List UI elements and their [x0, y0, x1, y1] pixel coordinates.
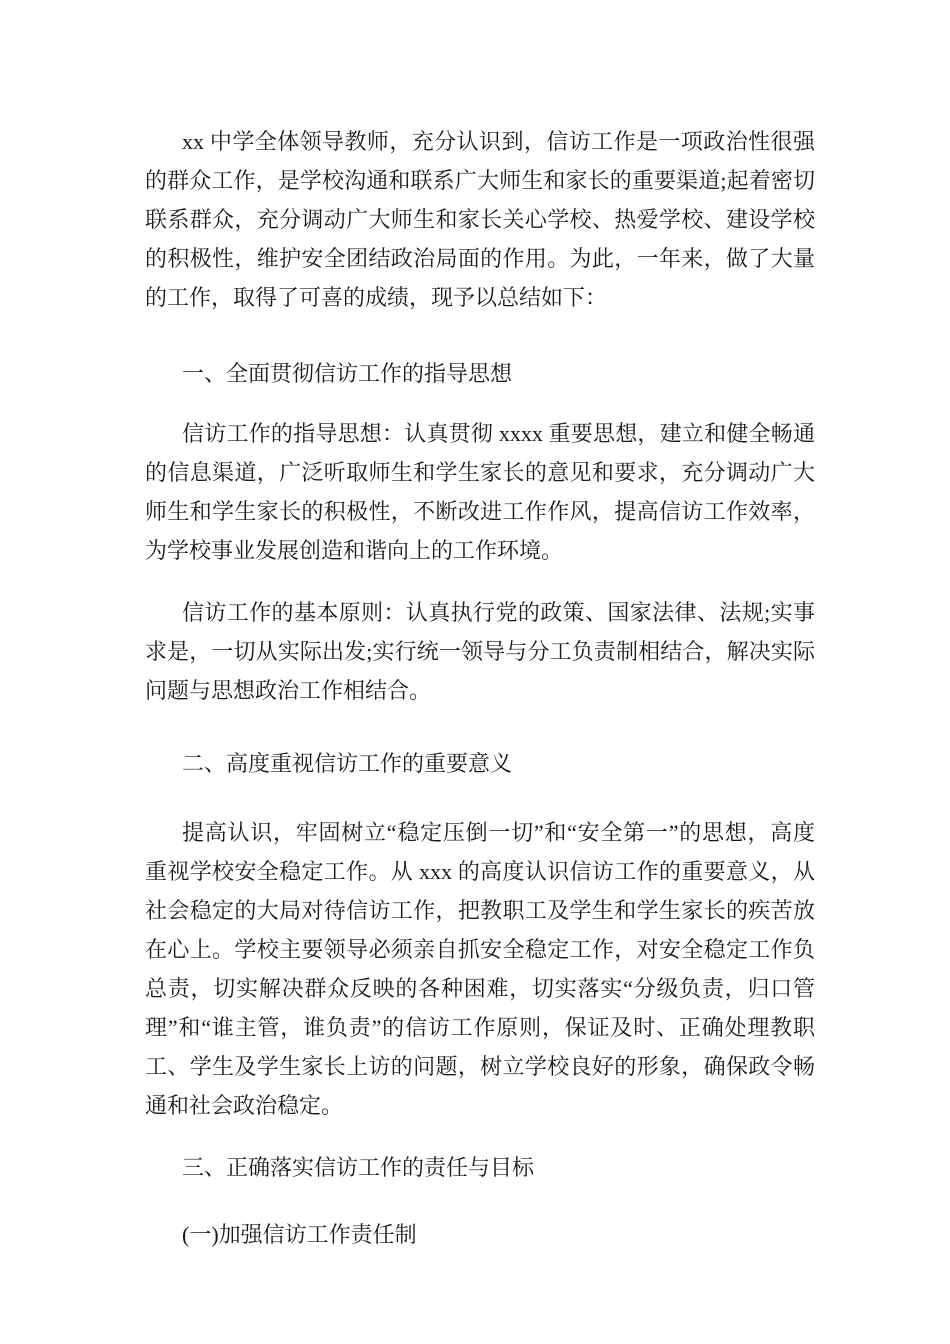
section-heading-3: 三、正确落实信访工作的责任与目标 [145, 1148, 815, 1187]
document-page: xx 中学全体领导教师，充分认识到，信访工作是一项政治性很强的群众工作，是学校沟… [0, 0, 950, 1344]
section-heading-1: 一、全面贯彻信访工作的指导思想 [145, 354, 815, 393]
paragraph-guiding-ideology: 信访工作的指导思想：认真贯彻 xxxx 重要思想，建立和健全畅通的信息渠道，广泛… [145, 414, 815, 570]
paragraph-basic-principles: 信访工作的基本原则：认真执行党的政策、国家法律、法规;实事求是，一切从实际出发;… [145, 593, 815, 710]
paragraph-raise-awareness: 提高认识，牢固树立“稳定压倒一切”和“安全第一”的思想，高度重视学校安全稳定工作… [145, 813, 815, 1125]
paragraph-intro: xx 中学全体领导教师，充分认识到，信访工作是一项政治性很强的群众工作，是学校沟… [145, 122, 815, 317]
document-body: xx 中学全体领导教师，充分认识到，信访工作是一项政治性很强的群众工作，是学校沟… [145, 122, 815, 1254]
subsection-heading-1: (一)加强信访工作责任制 [145, 1215, 815, 1254]
section-heading-2: 二、高度重视信访工作的重要意义 [145, 744, 815, 783]
